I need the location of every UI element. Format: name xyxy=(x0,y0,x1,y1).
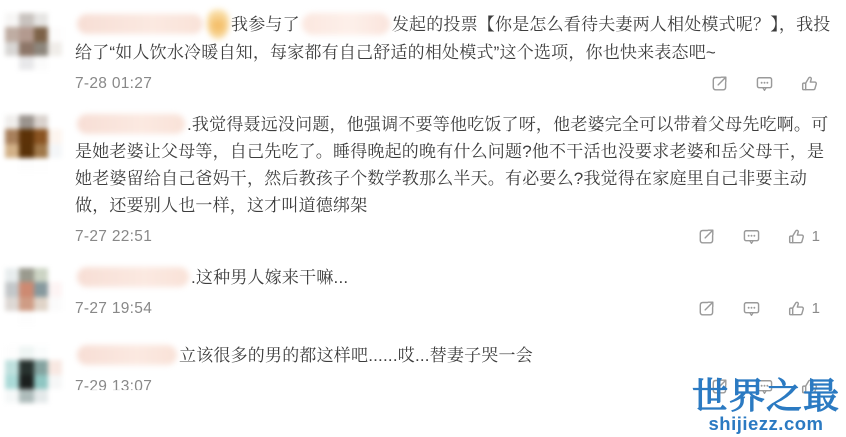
comment-actions xyxy=(709,73,836,94)
share-icon xyxy=(696,226,717,247)
avatar[interactable] xyxy=(5,115,62,172)
comment-text: .这种男人嫁来干嘛... xyxy=(75,264,836,291)
share-button[interactable] xyxy=(709,73,730,94)
avatar[interactable] xyxy=(5,13,62,70)
comment-meta-row: 7-27 19:54 xyxy=(75,298,836,319)
comment-content: 我参与了发起的投票【你是怎么看待夫妻两人相处模式呢？】，我投给了“如人饮水冷暖自… xyxy=(75,9,836,94)
avatar[interactable] xyxy=(5,346,62,403)
thumbs-up-icon xyxy=(786,298,807,319)
blurred-username xyxy=(77,114,185,134)
comment-item: 我参与了发起的投票【你是怎么看待夫妻两人相处模式呢？】，我投给了“如人饮水冷暖自… xyxy=(0,9,846,94)
comment-reply-button[interactable] xyxy=(741,226,762,247)
comment-actions xyxy=(709,376,836,397)
watermark-url: shijiezz.com xyxy=(692,415,840,434)
thumbs-up-icon xyxy=(799,376,820,397)
comment-meta-row: 7-27 22:51 xyxy=(75,226,836,247)
comment-content: 立该很多的男的都这样吧......哎...替妻子哭一会 7-29 13:07 xyxy=(75,342,836,397)
like-button[interactable]: 1 xyxy=(786,298,820,319)
share-button[interactable] xyxy=(696,298,717,319)
comment-reply-button[interactable] xyxy=(741,298,762,319)
comment-actions: 1 xyxy=(696,226,836,247)
comment-bubble-icon xyxy=(741,298,762,319)
blurred-mention xyxy=(302,13,390,35)
share-icon xyxy=(696,298,717,319)
thumbs-up-icon xyxy=(799,73,820,94)
comment-text: .我觉得聂远没问题，他强调不要等他吃饭了呀，他老婆完全可以带着父母先吃啊。可是她… xyxy=(75,111,836,219)
comment-feed: 我参与了发起的投票【你是怎么看待夫妻两人相处模式呢？】，我投给了“如人饮水冷暖自… xyxy=(0,0,846,403)
comment-item: .我觉得聂远没问题，他强调不要等他吃饭了呀，他老婆完全可以带着父母先吃啊。可是她… xyxy=(0,111,846,247)
share-button[interactable] xyxy=(709,376,730,397)
thumbs-up-icon xyxy=(786,226,807,247)
blurred-username xyxy=(77,14,203,34)
share-icon xyxy=(709,376,730,397)
comment-reply-button[interactable] xyxy=(754,73,775,94)
comment-timestamp: 7-27 19:54 xyxy=(75,300,152,318)
comment-timestamp: 7-27 22:51 xyxy=(75,228,152,246)
avatar[interactable] xyxy=(5,268,62,325)
like-count: 1 xyxy=(812,300,820,317)
share-button[interactable] xyxy=(696,226,717,247)
like-button[interactable] xyxy=(799,73,820,94)
comment-reply-button[interactable] xyxy=(754,376,775,397)
share-icon xyxy=(709,73,730,94)
like-count: 1 xyxy=(812,228,820,245)
white-fade-overlay xyxy=(64,390,224,400)
blurred-username xyxy=(77,345,177,365)
comment-item: .这种男人嫁来干嘛... 7-27 19:54 xyxy=(0,264,846,325)
comment-bubble-icon xyxy=(754,376,775,397)
comment-content: .我觉得聂远没问题，他强调不要等他吃饭了呀，他老婆完全可以带着父母先吃啊。可是她… xyxy=(75,111,836,247)
comment-text: 立该很多的男的都这样吧......哎...替妻子哭一会 xyxy=(75,342,836,369)
comment-content: .这种男人嫁来干嘛... 7-27 19:54 xyxy=(75,264,836,319)
comment-text: 我参与了发起的投票【你是怎么看待夫妻两人相处模式呢？】，我投给了“如人饮水冷暖自… xyxy=(75,9,836,66)
like-button[interactable]: 1 xyxy=(786,226,820,247)
comment-actions: 1 xyxy=(696,298,836,319)
comment-timestamp: 7-28 01:27 xyxy=(75,75,152,93)
comment-bubble-icon xyxy=(741,226,762,247)
blurred-vip-badge xyxy=(207,9,229,39)
like-button[interactable] xyxy=(799,376,820,397)
blurred-username xyxy=(77,267,189,287)
comment-bubble-icon xyxy=(754,73,775,94)
comment-meta-row: 7-28 01:27 xyxy=(75,73,836,94)
